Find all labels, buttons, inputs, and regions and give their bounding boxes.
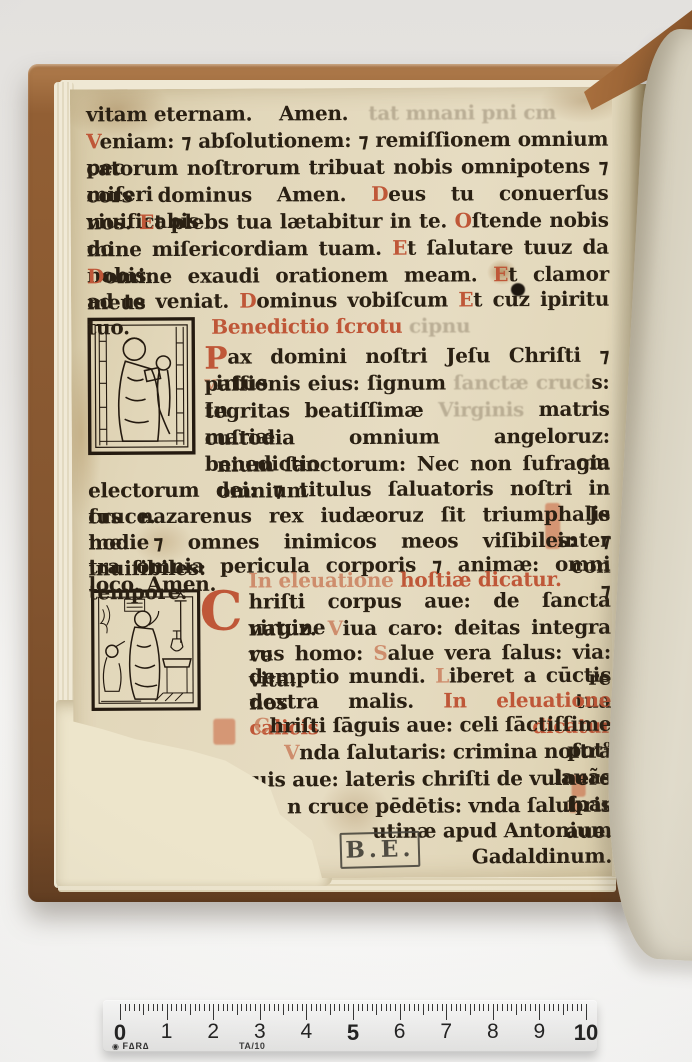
paper-stain — [540, 79, 630, 123]
text-segment: t clamor meus — [87, 262, 609, 315]
ruler-tick — [493, 1004, 494, 1020]
text-segment: āguis aue: lateris chriſti de vulnere ſp… — [227, 766, 612, 816]
text-segment: O — [455, 208, 472, 232]
ruler-tick — [544, 1004, 545, 1011]
ruler-tick — [572, 1004, 573, 1011]
text-line: Benedictio ſcrotu cipnu — [211, 312, 470, 339]
text-segment: matris mariæ — [205, 397, 610, 449]
ruler-tick — [474, 1004, 475, 1011]
text-segment: s: In — [205, 370, 610, 422]
ruler-tick — [255, 1004, 256, 1011]
ruler-tick — [409, 1004, 410, 1011]
text-segment: E — [493, 262, 508, 286]
ruler-number: 3 — [254, 1020, 266, 1044]
page-edges-left — [54, 82, 74, 888]
torn-corner-underpage — [56, 700, 332, 886]
text-line: vitam eternam. Amen. tat mnani pni cm — [86, 99, 556, 127]
paper-stain — [132, 519, 192, 565]
text-segment: demptio mundi. — [249, 664, 435, 689]
ruler-tick — [381, 1004, 382, 1011]
red-offset-mark — [260, 820, 272, 836]
ruler-number: 0 — [114, 1020, 126, 1046]
text-segment: iberet a cūctis nos tua — [249, 663, 611, 715]
ruler-tick — [372, 1004, 373, 1011]
text-line: loco. Amen. — [88, 571, 216, 598]
ruler-tick — [250, 1004, 251, 1011]
text-line: Pax domini noſtri Jeſu Chriſti ⁊ virtus — [204, 342, 609, 396]
ruler-tick — [539, 1004, 540, 1020]
ruler-number: 9 — [534, 1020, 546, 1044]
text-segment: ominus vobiſcum — [256, 287, 458, 312]
text-line: ad te veniat. Dominus vobiſcum Et cuz ip… — [87, 286, 609, 341]
ruler-number: 6 — [394, 1020, 406, 1044]
text-segment: S — [373, 641, 387, 665]
text-segment: v — [204, 371, 215, 395]
ruler-tick — [297, 1004, 298, 1011]
ruler-tick — [479, 1004, 480, 1011]
text-segment: D — [87, 264, 104, 288]
text-line: dextra malis. In eleuatione calicis dica… — [249, 687, 611, 741]
ruler-tick — [157, 1004, 158, 1011]
text-segment: V — [86, 129, 100, 153]
ruler-tick — [400, 1004, 401, 1020]
gutter-shadow — [612, 84, 650, 876]
ruler-tick — [274, 1004, 275, 1011]
text-segment: eus tu conuerſus viuificabis — [87, 181, 609, 234]
ruler-tick — [278, 1004, 279, 1011]
ruler-number: 2 — [207, 1020, 219, 1044]
woodcut-seated-saint-icon — [87, 317, 196, 456]
text-segment: n cruce pēdētis: vnda ſalubris aue. — [287, 793, 612, 843]
ruler-tick — [292, 1004, 293, 1011]
ruler-tick — [330, 1004, 331, 1015]
text-line: electorum dei: ⁊ titulus ſaluatoris noſt… — [88, 475, 610, 530]
text-line: Veniam: ⁊ abſolutionem: ⁊ remiſſionem om… — [86, 126, 608, 181]
ruler-number: 10 — [574, 1020, 598, 1046]
text-segment: ſus nazarenus rex iudæoruz ſit triumphal… — [88, 502, 610, 555]
text-segment: nium ſanctorum: Nec non ſufragia omnium — [217, 451, 610, 503]
ruler-tick — [418, 1004, 419, 1011]
ruler-tick — [553, 1004, 554, 1011]
text-segment: tegritas beatiſſimæ — [205, 398, 439, 423]
ruler-tick — [334, 1004, 335, 1011]
text-line: āguis aue: lateris chriſti de vulnere ſp… — [223, 765, 611, 819]
photo-backdrop: C vitam eternam. Amen. tat mnani pni cmV… — [0, 0, 692, 1062]
text-line: mine miſericordiam tuam. Et ſalutare tuu… — [87, 234, 609, 289]
ruler-tick — [213, 1004, 214, 1020]
text-line: Chriſti ſāguis aue: celi ſāctiſſime pot⁹ — [223, 711, 611, 765]
printed-leaf: C vitam eternam. Amen. tat mnani pni cmV… — [70, 87, 640, 880]
open-cover-flyleaf — [598, 27, 692, 963]
ruler-tick — [442, 1004, 443, 1011]
text-segment: loco. Amen. — [88, 572, 216, 597]
text-segment: ad te veniat. — [87, 289, 239, 314]
ruler-tick — [376, 1004, 377, 1015]
ruler-tick — [209, 1004, 210, 1011]
text-segment: Virginis — [438, 397, 524, 421]
text-segment: tra omnia pericula corporis ⁊ animæ: omn… — [88, 552, 610, 605]
ruler-tick — [390, 1004, 391, 1011]
ruler-tick — [204, 1004, 205, 1011]
paper-stain — [320, 778, 390, 844]
text-segment: E — [392, 236, 407, 260]
page-edges-top — [60, 80, 620, 92]
ruler-tick — [134, 1004, 135, 1011]
text-segment: D — [239, 289, 256, 313]
paper-stain — [62, 79, 172, 140]
text-line: hriſti corpus aue: de ſancta virgine — [249, 587, 611, 641]
ruler-tick — [511, 1004, 512, 1011]
text-segment: hriſti corpus aue: de ſancta virgine — [249, 588, 611, 640]
ruler-tick — [358, 1004, 359, 1011]
text-segment: In eleuatione — [248, 568, 400, 593]
text-line: cuſtodia omnium angeloruz: benedictio om — [205, 423, 610, 477]
ruler-tick — [563, 1004, 564, 1015]
ruler-tick — [311, 1004, 312, 1011]
text-line: paſſionis eius: ſignum ſanctæ crucis: In — [204, 369, 609, 423]
text-segment: nda ſalutaris: crimina noſtra lauãs — [299, 739, 611, 789]
ruler-tick — [264, 1004, 265, 1011]
ruler-tick — [535, 1004, 536, 1011]
text-segment: dextra malis. — [249, 689, 443, 714]
ruler-tick — [190, 1004, 191, 1015]
ruler-tick — [148, 1004, 149, 1011]
ruler-tick — [288, 1004, 289, 1011]
ruler-tick — [339, 1004, 340, 1011]
text-segment: In eleuatione calicis dicatur — [249, 688, 611, 740]
ruler-tick — [162, 1004, 163, 1011]
text-segment: hriſti ſāguis aue: celi ſāctiſſime pot⁹ — [270, 712, 612, 762]
ruler-tick — [120, 1004, 121, 1020]
ruler-tick — [404, 1004, 405, 1011]
text-line: rus homo: Salue vera ſalus: via: vita: r… — [249, 639, 611, 693]
text-line: n cruce pēdētis: vnda ſalubris aue. — [264, 792, 612, 846]
text-segment: omine exaudi orationem meam. — [104, 262, 493, 288]
text-segment: cipnu — [402, 313, 470, 337]
ruler-tick — [497, 1004, 498, 1011]
ruler-tick — [176, 1004, 177, 1011]
red-offset-mark — [250, 794, 262, 812]
ruler-tick — [246, 1004, 247, 1011]
ruler-tick — [577, 1004, 578, 1011]
ink-blot — [511, 283, 525, 296]
text-segment: t plebs tua lætabitur in te. — [154, 208, 455, 234]
ruler-tick — [195, 1004, 196, 1011]
text-line: Domine exaudi orationem meam. Et clamor … — [87, 261, 609, 316]
text-line: tra omnia pericula corporis ⁊ animæ: omn… — [88, 551, 610, 606]
ruler-number: 5 — [347, 1020, 359, 1046]
red-offset-mark — [545, 503, 560, 549]
ruler-tick — [395, 1004, 396, 1011]
ruler-tick — [227, 1004, 228, 1011]
text-line: natuz. Viua caro: deitas integra ve — [249, 614, 611, 668]
text-segment: electorum dei: ⁊ titulus ſaluatoris noſt… — [88, 476, 610, 529]
ruler-tick — [521, 1004, 522, 1011]
ruler-tick — [465, 1004, 466, 1011]
text-segment: me: ⁊ omnes inimicos meos viſibiles: ⁊ i… — [88, 528, 610, 581]
ruler-tick — [316, 1004, 317, 1011]
text-line: ſus nazarenus rex iudæoruz ſit triumphal… — [88, 501, 610, 556]
ruler-model-label: TA/10 — [239, 1041, 265, 1051]
book-binding — [28, 64, 640, 902]
large-initial-c: C — [200, 583, 243, 639]
text-segment: t ſalutare tuuz da nobis: — [87, 235, 609, 288]
text-segment: ſanctæ cruci — [453, 370, 591, 395]
red-offset-mark — [213, 719, 235, 745]
text-segment: E — [139, 210, 154, 234]
ruler-tick — [260, 1004, 261, 1020]
ruler-tick — [423, 1004, 424, 1015]
ruler-tick — [367, 1004, 368, 1011]
ruler-tick — [232, 1004, 233, 1011]
text-segment: natuz. — [249, 616, 328, 640]
ruler-tick — [516, 1004, 517, 1015]
text-segment: cors dominus Amen. — [86, 182, 371, 207]
text-segment: catorum noſtrorum tribuat nobis omnipote… — [86, 154, 608, 207]
text-line: utinæ apud Antonium Gadaldinum. — [274, 817, 612, 871]
text-segment: C — [254, 713, 270, 737]
ruler-tick — [483, 1004, 484, 1011]
ruler-tick — [306, 1004, 307, 1020]
ruler-tick — [386, 1004, 387, 1011]
text-line: me: ⁊ omnes inimicos meos viſibiles: ⁊ i… — [88, 527, 610, 582]
text-segment: ſtende nobis do — [87, 208, 609, 261]
text-segment: P — [204, 341, 227, 377]
ruler-tick — [325, 1004, 326, 1011]
paper-stain — [61, 344, 102, 524]
ruler-tick — [437, 1004, 438, 1011]
ruler-tick — [283, 1004, 284, 1015]
ruler-tick — [353, 1004, 354, 1020]
woodcut-elevation-of-host-icon — [91, 589, 202, 712]
text-segment: rus homo: — [249, 641, 374, 666]
text-layer: vitam eternam. Amen. tat mnani pni cmVen… — [70, 87, 640, 880]
text-segment: utinæ apud Antonium Gadaldinum. — [372, 818, 612, 869]
ruler-tick — [488, 1004, 489, 1011]
ruler-tick — [470, 1004, 471, 1015]
ruler-tick — [446, 1004, 447, 1020]
text-segment: hoſtiæ dicatur. — [400, 567, 562, 592]
ruler-tick — [139, 1004, 140, 1011]
text-segment: D — [371, 182, 388, 206]
ruler-tick — [428, 1004, 429, 1011]
text-line: tegritas beatiſſimæ Virginis matris mari… — [205, 396, 610, 450]
ownership-stamp: B.E. — [339, 831, 420, 869]
text-segment: irtus — [216, 370, 268, 394]
ruler-tick — [432, 1004, 433, 1011]
ruler-brand: ◉ F∆R∆ — [112, 1041, 150, 1051]
text-segment: cuſtodia omnium angeloruz: benedictio om — [205, 424, 610, 476]
text-segment: Benedictio ſcrotu — [211, 314, 402, 339]
ruler-tick — [241, 1004, 242, 1011]
ruler-tick — [362, 1004, 363, 1011]
text-segment: t cuz ipiritu tuo. — [87, 287, 609, 340]
ruler-tick — [223, 1004, 224, 1011]
ruler-tick — [456, 1004, 457, 1011]
ruler-tick — [460, 1004, 461, 1011]
ruler-tick — [125, 1004, 126, 1011]
ruler-tick — [185, 1004, 186, 1011]
ruler-tick — [129, 1004, 130, 1011]
text-line: cors dominus Amen. Deus tu conuerſus viu… — [86, 180, 608, 235]
ruler-tick — [181, 1004, 182, 1011]
text-segment: ax domini noſtri Jeſu Chriſti ⁊ — [227, 343, 609, 369]
ruler-tick — [218, 1004, 219, 1011]
text-line: Vnda ſalutaris: crimina noſtra lauãs — [243, 738, 611, 792]
ruler-tick — [502, 1004, 503, 1011]
ruler-number: 4 — [301, 1020, 313, 1044]
text-segment: paſſionis eius: ſignum — [204, 370, 453, 395]
ruler-tick — [167, 1004, 168, 1020]
ruler-tick — [153, 1004, 154, 1011]
text-segment: iua caro: deitas integra ve — [249, 615, 611, 667]
paper-stain — [487, 259, 517, 285]
ruler-tick — [525, 1004, 526, 1011]
text-segment: alue vera ſalus: via: vita: re — [249, 640, 611, 692]
ruler-tick — [507, 1004, 508, 1011]
text-line: nium ſanctorum: Nec non ſufragia omnium — [217, 450, 610, 504]
ruler-tick — [237, 1004, 238, 1015]
ruler-tick — [320, 1004, 321, 1011]
ruler-tick — [558, 1004, 559, 1011]
text-line: demptio mundi. Liberet a cūctis nos tua — [249, 662, 611, 716]
ruler-tick — [171, 1004, 172, 1011]
ruler-tick — [586, 1004, 587, 1020]
ruler-number: 1 — [161, 1020, 173, 1044]
ruler-tick — [414, 1004, 415, 1011]
text-line: In eleuatione hoſtiæ dicatur. — [248, 566, 561, 594]
text-line: nos. Et plebs tua lætabitur in te. Oſten… — [87, 207, 609, 262]
text-segment: V — [284, 740, 299, 764]
cover-leather-edge — [584, 10, 692, 110]
text-segment: mine miſericordiam tuam. — [87, 236, 393, 262]
measuring-ruler: 012345678910 ◉ F∆R∆ TA/10 — [103, 1000, 597, 1052]
ruler-tick — [549, 1004, 550, 1011]
text-segment: V — [328, 616, 343, 640]
text-segment: nos. — [87, 210, 140, 234]
ruler-tick — [269, 1004, 270, 1011]
page-edges-bottom — [58, 868, 616, 892]
text-segment: eniam: ⁊ abſolutionem: ⁊ remiſſionem omn… — [86, 127, 608, 180]
text-segment: L — [435, 664, 449, 688]
ruler-tick — [302, 1004, 303, 1011]
text-segment: E — [458, 287, 473, 311]
text-line: catorum noſtrorum tribuat nobis omnipote… — [86, 153, 608, 208]
ruler-tick — [344, 1004, 345, 1011]
fara-logo-icon: ◉ — [112, 1042, 119, 1051]
ruler-tick — [581, 1004, 582, 1011]
red-offset-mark — [569, 801, 578, 813]
ruler-brand-name: F∆R∆ — [123, 1041, 150, 1051]
ruler-tick — [199, 1004, 200, 1011]
ruler-tick — [530, 1004, 531, 1011]
text-segment: tat mnani pni cm — [348, 100, 556, 125]
ruler-tick — [567, 1004, 568, 1011]
ruler-number: 8 — [487, 1020, 499, 1044]
ruler-number: 7 — [440, 1020, 452, 1044]
red-offset-mark — [572, 775, 586, 797]
ruler-tick — [143, 1004, 144, 1015]
text-segment: vitam eternam. Amen. — [86, 101, 348, 126]
ruler-tick — [348, 1004, 349, 1011]
ruler-tick — [451, 1004, 452, 1011]
